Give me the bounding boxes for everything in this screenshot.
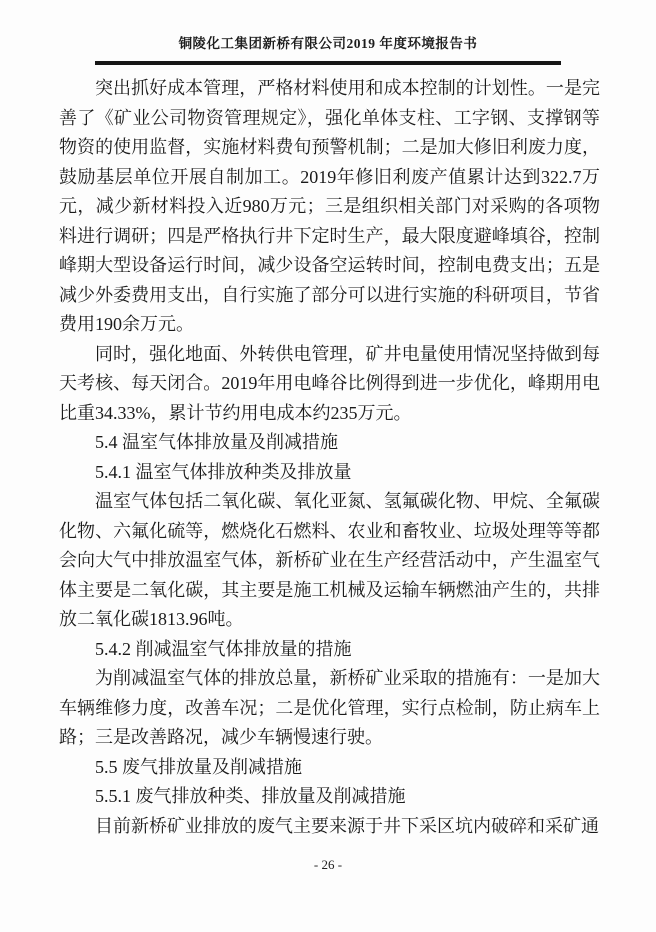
- section-heading-5-5-1: 5.5.1 废气排放种类、排放量及削减措施: [59, 782, 600, 812]
- paragraph-reduction-measures: 为削减温室气体的排放总量，新桥矿业采取的措施有：一是加大车辆维修力度，改善车况；…: [59, 664, 600, 753]
- paragraph-power-management: 同时，强化地面、外转供电管理，矿井电量使用情况坚持做到每天考核、每天闭合。201…: [59, 340, 600, 429]
- page-number: - 26 -: [0, 857, 656, 873]
- document-page: 铜陵化工集团新桥有限公司2019 年度环境报告书 突出抓好成本管理，严格材料使用…: [0, 0, 656, 932]
- paragraph-greenhouse-gases: 温室气体包括二氧化碳、氧化亚氮、氢氟碳化物、甲烷、全氟碳化物、六氟化硫等，燃烧化…: [59, 487, 600, 635]
- section-heading-5-4-1: 5.4.1 温室气体排放种类及排放量: [59, 458, 600, 488]
- document-body: 突出抓好成本管理，严格材料使用和成本控制的计划性。一是完善了《矿业公司物资管理规…: [59, 74, 600, 841]
- header-rule-divider: [95, 61, 561, 65]
- section-heading-5-4: 5.4 温室气体排放量及削减措施: [59, 428, 600, 458]
- section-heading-5-4-2: 5.4.2 削减温室气体排放量的措施: [59, 635, 600, 665]
- paragraph-cost-management: 突出抓好成本管理，严格材料使用和成本控制的计划性。一是完善了《矿业公司物资管理规…: [59, 74, 600, 340]
- paragraph-waste-gas-sources: 目前新桥矿业排放的废气主要来源于井下采区坑内破碎和采矿通: [59, 812, 600, 842]
- document-header-title: 铜陵化工集团新桥有限公司2019 年度环境报告书: [0, 32, 656, 52]
- section-heading-5-5: 5.5 废气排放量及削减措施: [59, 753, 600, 783]
